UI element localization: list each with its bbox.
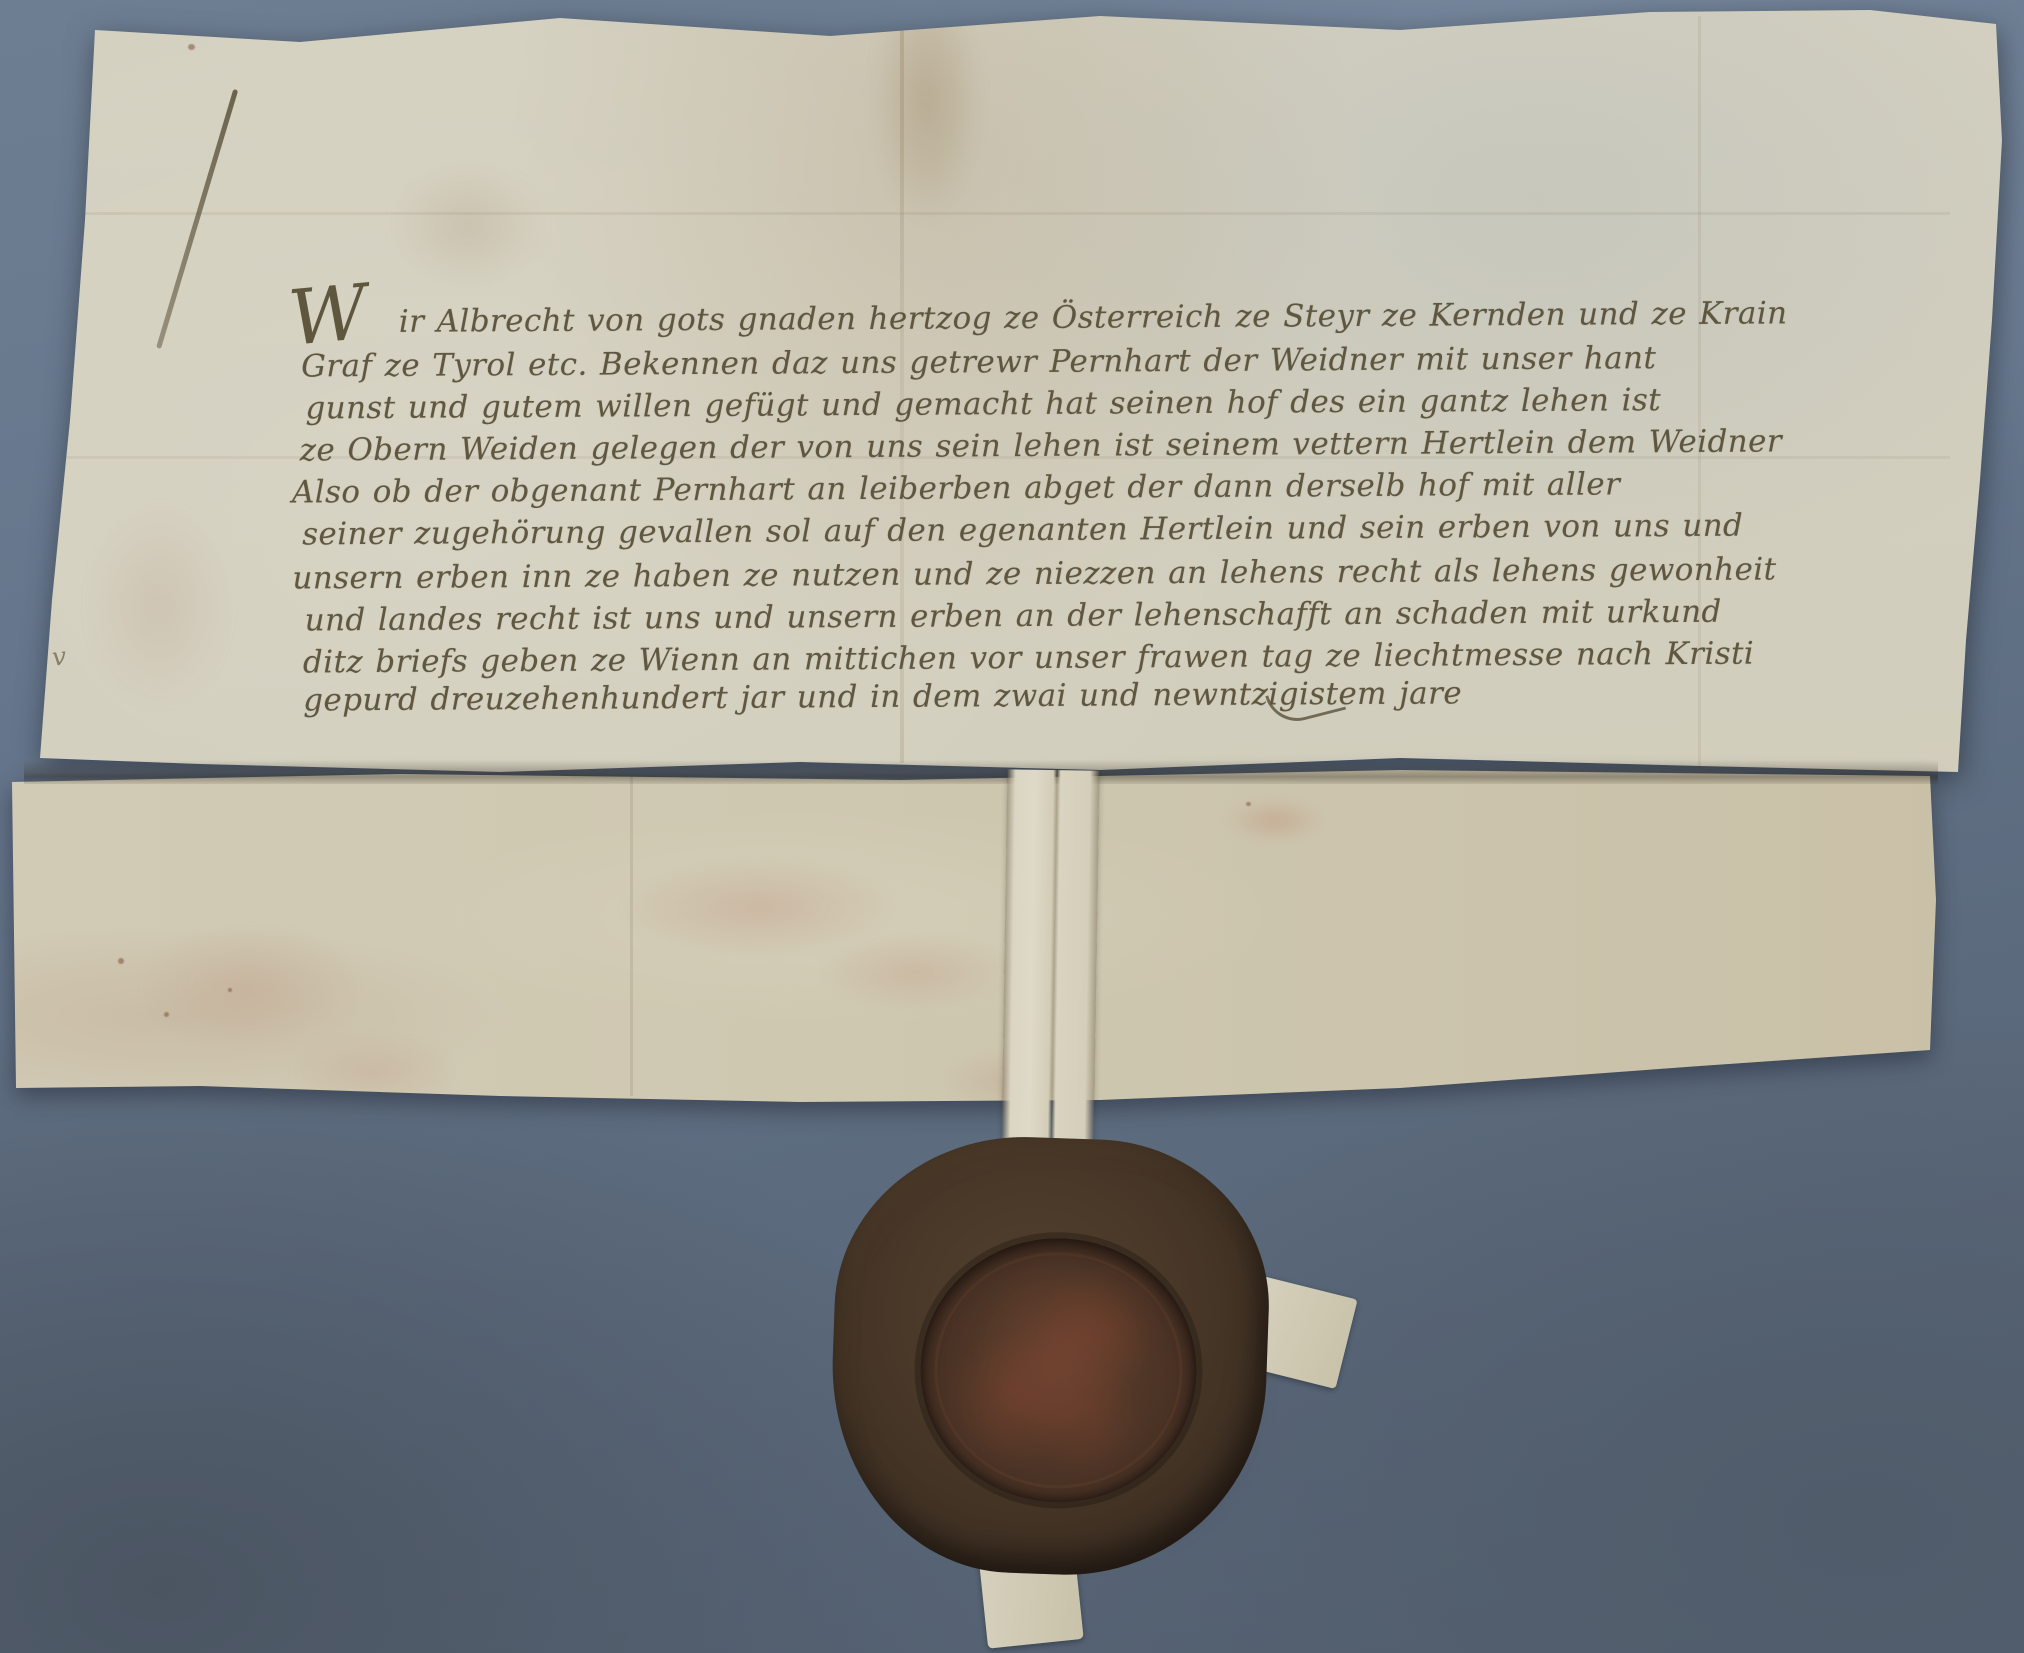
stain: [140, 925, 360, 1050]
text-line: ze Obern Weiden gelegen der von uns sein…: [300, 423, 1783, 468]
fold-crease-shadow: [24, 760, 1938, 784]
stain: [620, 860, 900, 955]
text-line: gunst und gutem willen gefügt und gemach…: [305, 382, 1661, 426]
charter-text: W ir Albrecht von gots gnaden hertzog ze…: [291, 275, 1774, 734]
seal-impression: [916, 1234, 1201, 1507]
text-line: Also ob der obgenant Pernhart an leiberb…: [292, 466, 1621, 510]
text-line: ir Albrecht von gots gnaden hertzog ze Ö…: [399, 295, 1788, 339]
archival-mark: v: [51, 641, 68, 671]
stain: [228, 988, 232, 992]
stain: [164, 1012, 169, 1017]
wax-seal: [826, 1131, 1275, 1582]
text-line: Graf ze Tyrol etc. Bekennen daz uns getr…: [301, 340, 1656, 384]
stain: [820, 935, 1010, 1010]
stain: [290, 1035, 460, 1110]
stain: [118, 958, 124, 964]
photo-background: W ir Albrecht von gots gnaden hertzog ze…: [0, 0, 2024, 1653]
stain: [1225, 798, 1325, 843]
fold-crease: [630, 774, 633, 1096]
seal-ring: [930, 1248, 1186, 1493]
text-line: und landes recht ist uns und unsern erbe…: [305, 594, 1722, 639]
text-line: seiner zugehörung gevallen sol auf den e…: [302, 508, 1743, 553]
text-line: ditz briefs geben ze Wienn an mittichen …: [303, 636, 1754, 681]
stain: [1246, 802, 1251, 806]
text-line: unsern erben inn ze haben ze nutzen und …: [292, 551, 1776, 596]
